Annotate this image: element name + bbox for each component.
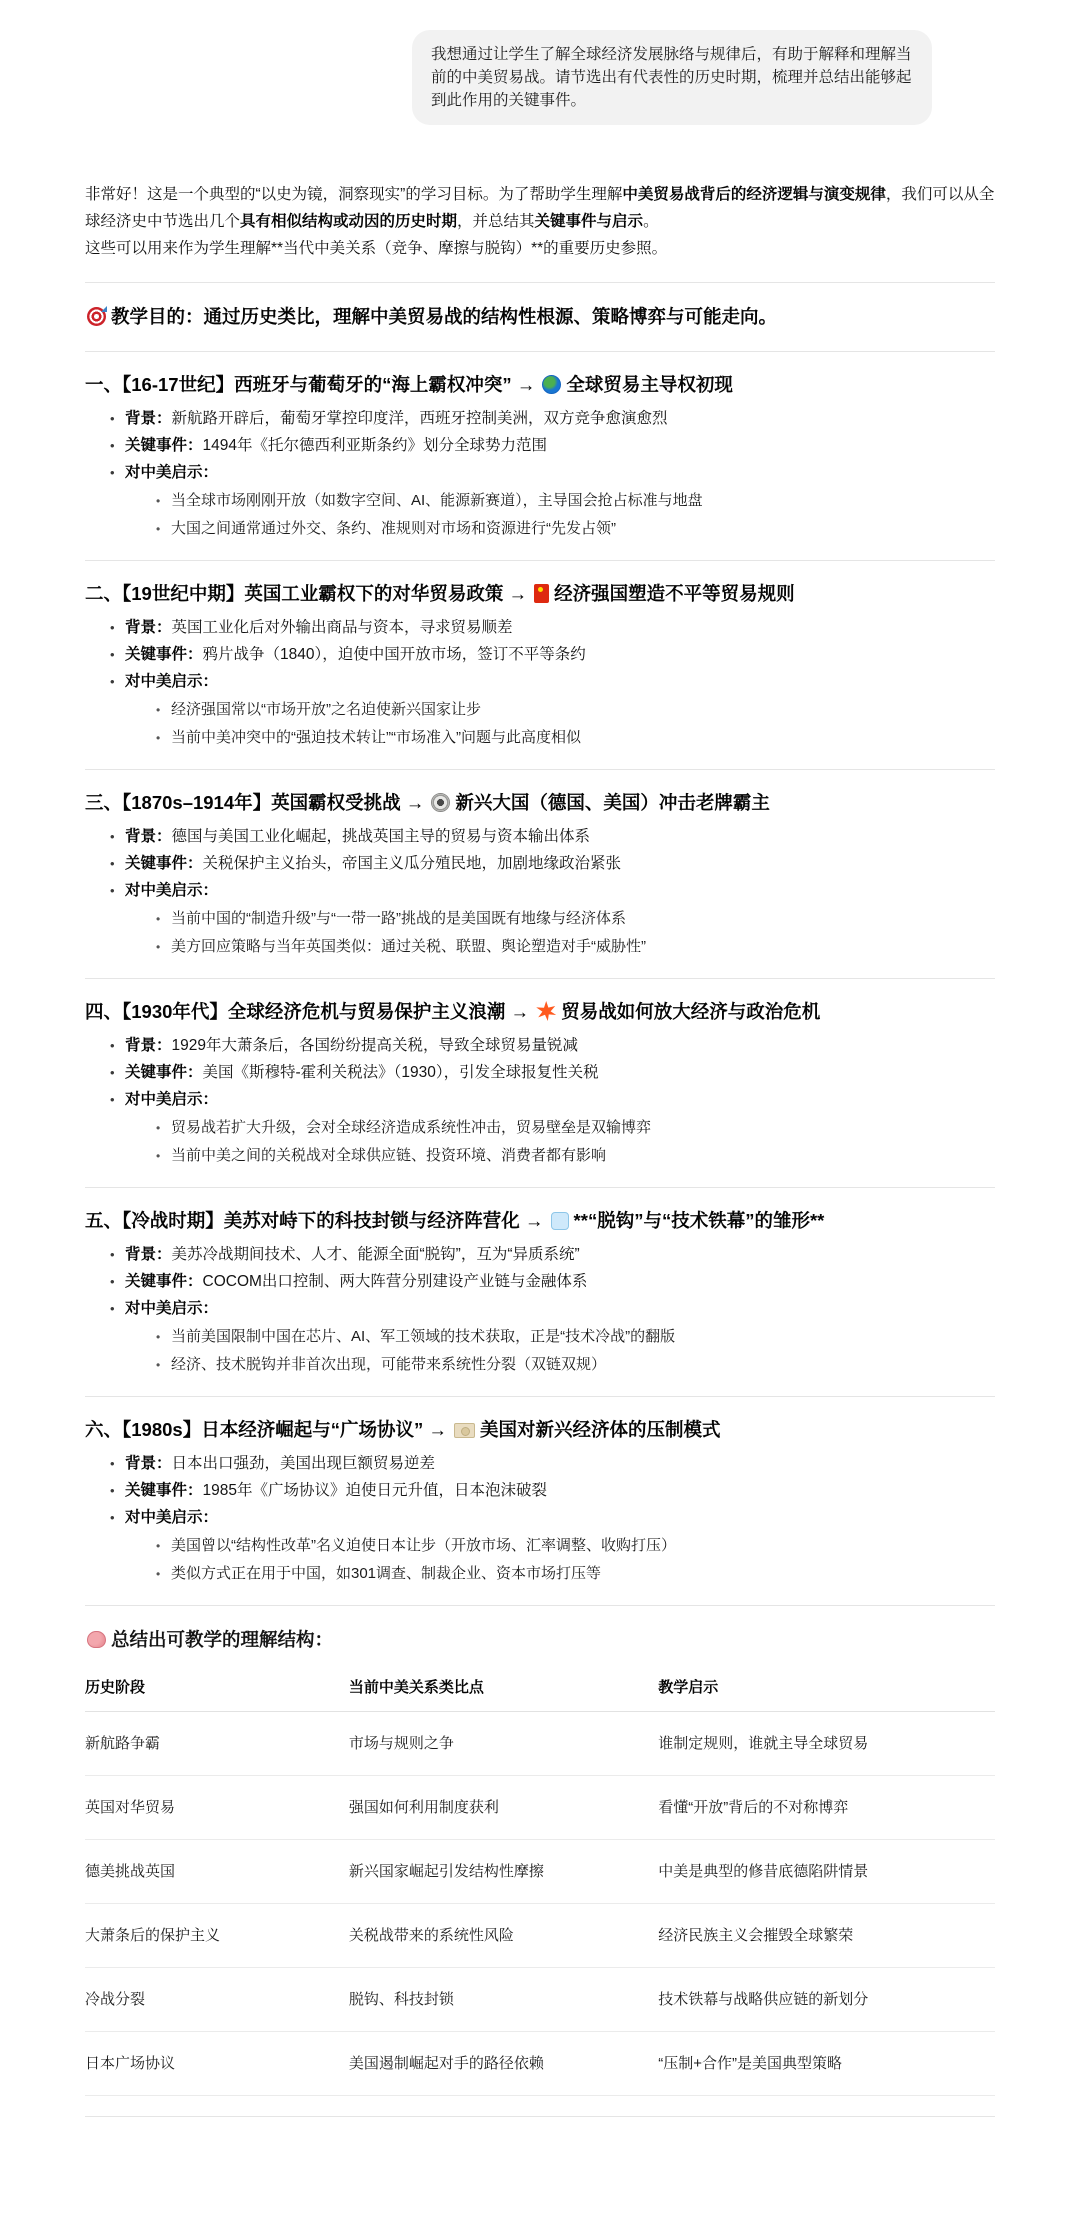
cell-analogy: 强国如何利用制度获利 bbox=[349, 1776, 658, 1840]
bullet-background: 背景：德国与美国工业化崛起，挑战英国主导的贸易与资本输出体系 bbox=[109, 826, 995, 848]
user-message-text: 我想通过让学生了解全球经济发展脉络与规律后，有助于解释和理解当前的中美贸易战。请… bbox=[431, 46, 912, 109]
explosion-icon bbox=[536, 1001, 556, 1021]
target-icon bbox=[87, 307, 106, 326]
cell-lesson: 谁制定规则，谁就主导全球贸易 bbox=[658, 1712, 995, 1776]
bullet-key-event: 关键事件：COCOM出口控制、两大阵营分别建设产业链与金融体系 bbox=[109, 1271, 995, 1293]
section-heading: 四、【1930年代】全球经济危机与贸易保护主义浪潮 → 贸易战如何放大经济与政治… bbox=[85, 999, 995, 1025]
cell-analogy: 市场与规则之争 bbox=[349, 1712, 658, 1776]
assistant-response: 非常好！这是一个典型的“以史为镜，洞察现实”的学习目标。为了帮助学生理解中美贸易… bbox=[85, 181, 995, 2117]
conversation-page: 我想通过让学生了解全球经济发展脉络与规律后，有助于解释和理解当前的中美贸易战。请… bbox=[0, 0, 1080, 2117]
intro-paragraph: 非常好！这是一个典型的“以史为镜，洞察现实”的学习目标。为了帮助学生理解中美贸易… bbox=[85, 181, 995, 262]
section-bullets: 背景：英国工业化后对外输出商品与资本，寻求贸易顺差 关键事件：鸦片战争（1840… bbox=[85, 617, 995, 749]
implication-sublist: 经济强国常以“市场开放”之名迫使新兴国家让步 当前中美冲突中的“强迫技术转让”“… bbox=[125, 699, 995, 749]
cell-history-stage: 大萧条后的保护主义 bbox=[85, 1904, 349, 1968]
intro-bold: 具有相似结构或动因的历史时期 bbox=[240, 213, 457, 230]
section-bullets: 背景：德国与美国工业化崛起，挑战英国主导的贸易与资本输出体系 关键事件：关税保护… bbox=[85, 826, 995, 958]
section-heading: 一、【16-17世纪】西班牙与葡萄牙的“海上霸权冲突” → 全球贸易主导权初现 bbox=[85, 372, 995, 398]
section-title-text: 经济强国塑造不平等贸易规则 bbox=[554, 583, 795, 604]
sub-bullet: 大国之间通常通过外交、条约、准规则对市场和资源进行“先发占领” bbox=[155, 518, 995, 540]
cell-history-stage: 英国对华贸易 bbox=[85, 1776, 349, 1840]
intro-bold: 关键事件与启示 bbox=[535, 213, 644, 230]
bullet-implications: 对中美启示： 经济强国常以“市场开放”之名迫使新兴国家让步 当前中美冲突中的“强… bbox=[109, 671, 995, 749]
teaching-goal: 教学目的：通过历史类比，理解中美贸易战的结构性根源、策略博弈与可能走向。 bbox=[85, 303, 995, 331]
divider bbox=[85, 2116, 995, 2117]
column-header: 教学启示 bbox=[658, 1664, 995, 1712]
bullet-key-event: 关键事件：1985年《广场协议》迫使日元升值，日本泡沫破裂 bbox=[109, 1480, 995, 1502]
history-section-6: 六、【1980s】日本经济崛起与“广场协议” → 美国对新兴经济体的压制模式 背… bbox=[85, 1417, 995, 1585]
cell-lesson: 中美是典型的修昔底德陷阱情景 bbox=[658, 1840, 995, 1904]
teaching-goal-text: 教学目的：通过历史类比，理解中美贸易战的结构性根源、策略博弈与可能走向。 bbox=[111, 306, 777, 327]
summary-heading-text: 总结出可教学的理解结构： bbox=[111, 1629, 333, 1650]
section-title-text: 新兴大国（德国、美国）冲击老牌霸主 bbox=[455, 792, 770, 813]
cell-analogy: 脱钩、科技封锁 bbox=[349, 1968, 658, 2032]
cell-analogy: 美国遏制崛起对手的路径依赖 bbox=[349, 2032, 658, 2096]
intro-text: 非常好！这是一个典型的“以史为镜，洞察现实”的学习目标。为了帮助学生理解 bbox=[85, 186, 622, 203]
sub-bullet: 当全球市场刚刚开放（如数字空间、AI、能源新赛道），主导国会抢占标准与地盘 bbox=[155, 490, 995, 512]
table-row: 德美挑战英国 新兴国家崛起引发结构性摩擦 中美是典型的修昔底德陷阱情景 bbox=[85, 1840, 995, 1904]
implication-sublist: 当前美国限制中国在芯片、AI、军工领域的技术获取，正是“技术冷战”的翻版 经济、… bbox=[125, 1326, 995, 1376]
cell-analogy: 关税战带来的系统性风险 bbox=[349, 1904, 658, 1968]
section-title-text: 美国对新兴经济体的压制模式 bbox=[480, 1419, 721, 1440]
table-row: 日本广场协议 美国遏制崛起对手的路径依赖 “压制+合作”是美国典型策略 bbox=[85, 2032, 995, 2096]
table-row: 新航路争霸 市场与规则之争 谁制定规则，谁就主导全球贸易 bbox=[85, 1712, 995, 1776]
table-row: 英国对华贸易 强国如何利用制度获利 看懂“开放”背后的不对称博弈 bbox=[85, 1776, 995, 1840]
sub-bullet: 当前中美冲突中的“强迫技术转让”“市场准入”问题与此高度相似 bbox=[155, 727, 995, 749]
bullet-key-event: 关键事件：1494年《托尔德西利亚斯条约》划分全球势力范围 bbox=[109, 435, 995, 457]
table-header-row: 历史阶段 当前中美关系类比点 教学启示 bbox=[85, 1664, 995, 1712]
gear-icon bbox=[431, 793, 450, 812]
yen-banknote-icon bbox=[454, 1423, 475, 1438]
history-section-3: 三、【1870s–1914年】英国霸权受挑战 → 新兴大国（德国、美国）冲击老牌… bbox=[85, 790, 995, 958]
bullet-key-event: 关键事件：关税保护主义抬头，帝国主义瓜分殖民地，加剧地缘政治紧张 bbox=[109, 853, 995, 875]
section-heading: 三、【1870s–1914年】英国霸权受挑战 → 新兴大国（德国、美国）冲击老牌… bbox=[85, 790, 995, 816]
bullet-background: 背景：英国工业化后对外输出商品与资本，寻求贸易顺差 bbox=[109, 617, 995, 639]
section-title-text: 六、【1980s】日本经济崛起与“广场协议” → bbox=[85, 1419, 452, 1440]
section-title-text: 三、【1870s–1914年】英国霸权受挑战 → bbox=[85, 792, 429, 813]
divider bbox=[85, 769, 995, 770]
column-header: 当前中美关系类比点 bbox=[349, 1664, 658, 1712]
summary-heading: 总结出可教学的理解结构： bbox=[85, 1626, 995, 1654]
brain-icon bbox=[87, 1631, 106, 1648]
user-message-bubble: 我想通过让学生了解全球经济发展脉络与规律后，有助于解释和理解当前的中美贸易战。请… bbox=[412, 30, 932, 125]
table-row: 冷战分裂 脱钩、科技封锁 技术铁幕与战略供应链的新划分 bbox=[85, 1968, 995, 2032]
bullet-implications: 对中美启示： 当前中国的“制造升级”与“一带一路”挑战的是美国既有地缘与经济体系… bbox=[109, 880, 995, 958]
user-message-row: 我想通过让学生了解全球经济发展脉络与规律后，有助于解释和理解当前的中美贸易战。请… bbox=[0, 0, 1080, 125]
bullet-background: 背景：1929年大萧条后，各国纷纷提高关税，导致全球贸易量锐减 bbox=[109, 1035, 995, 1057]
history-section-2: 二、【19世纪中期】英国工业霸权下的对华贸易政策 → 经济强国塑造不平等贸易规则… bbox=[85, 581, 995, 749]
sub-bullet: 美方回应策略与当年英国类似：通过关税、联盟、舆论塑造对手“威胁性” bbox=[155, 936, 995, 958]
sub-bullet: 类似方式正在用于中国，如301调查、制裁企业、资本市场打压等 bbox=[155, 1563, 995, 1585]
bullet-background: 背景：日本出口强劲，美国出现巨额贸易逆差 bbox=[109, 1453, 995, 1475]
cell-lesson: 经济民族主义会摧毁全球繁荣 bbox=[658, 1904, 995, 1968]
cell-history-stage: 日本广场协议 bbox=[85, 2032, 349, 2096]
section-bullets: 背景：新航路开辟后，葡萄牙掌控印度洋，西班牙控制美洲，双方竞争愈演愈烈 关键事件… bbox=[85, 408, 995, 540]
bullet-implications: 对中美启示： 当全球市场刚刚开放（如数字空间、AI、能源新赛道），主导国会抢占标… bbox=[109, 462, 995, 540]
sub-bullet: 贸易战若扩大升级，会对全球经济造成系统性冲击，贸易壁垒是双输博弈 bbox=[155, 1117, 995, 1139]
divider bbox=[85, 560, 995, 561]
bullet-implications: 对中美启示： 当前美国限制中国在芯片、AI、军工领域的技术获取，正是“技术冷战”… bbox=[109, 1298, 995, 1376]
implication-sublist: 贸易战若扩大升级，会对全球经济造成系统性冲击，贸易壁垒是双输博弈 当前中美之间的… bbox=[125, 1117, 995, 1167]
summary-table: 历史阶段 当前中美关系类比点 教学启示 新航路争霸 市场与规则之争 谁制定规则，… bbox=[85, 1664, 995, 2096]
ice-cube-icon bbox=[551, 1212, 569, 1230]
divider bbox=[85, 351, 995, 352]
intro-paragraph-2: 这些可以用来作为学生理解**当代中美关系（竞争、摩擦与脱钩）**的重要历史参照。 bbox=[85, 240, 667, 257]
section-title-text: 一、【16-17世纪】西班牙与葡萄牙的“海上霸权冲突” → bbox=[85, 374, 540, 395]
section-title-text: 贸易战如何放大经济与政治危机 bbox=[561, 1001, 820, 1022]
intro-text: ，并总结其 bbox=[457, 213, 535, 230]
section-heading: 五、【冷战时期】美苏对峙下的科技封锁与经济阵营化 → **“脱钩”与“技术铁幕”… bbox=[85, 1208, 995, 1234]
sub-bullet: 经济强国常以“市场开放”之名迫使新兴国家让步 bbox=[155, 699, 995, 721]
history-section-5: 五、【冷战时期】美苏对峙下的科技封锁与经济阵营化 → **“脱钩”与“技术铁幕”… bbox=[85, 1208, 995, 1376]
section-bullets: 背景：美苏冷战期间技术、人才、能源全面“脱钩”，互为“异质系统” 关键事件：CO… bbox=[85, 1244, 995, 1376]
sub-bullet: 美国曾以“结构性改革”名义迫使日本让步（开放市场、汇率调整、收购打压） bbox=[155, 1535, 995, 1557]
cell-history-stage: 新航路争霸 bbox=[85, 1712, 349, 1776]
divider bbox=[85, 1187, 995, 1188]
cell-lesson: 看懂“开放”背后的不对称博弈 bbox=[658, 1776, 995, 1840]
section-title-text: 四、【1930年代】全球经济危机与贸易保护主义浪潮 → bbox=[85, 1001, 534, 1022]
cell-lesson: 技术铁幕与战略供应链的新划分 bbox=[658, 1968, 995, 2032]
cell-analogy: 新兴国家崛起引发结构性摩擦 bbox=[349, 1840, 658, 1904]
intro-text: 。 bbox=[643, 213, 659, 230]
section-title-text: **“脱钩”与“技术铁幕”的雏形** bbox=[574, 1210, 825, 1231]
history-section-4: 四、【1930年代】全球经济危机与贸易保护主义浪潮 → 贸易战如何放大经济与政治… bbox=[85, 999, 995, 1167]
column-header: 历史阶段 bbox=[85, 1664, 349, 1712]
bullet-key-event: 关键事件：美国《斯穆特-霍利关税法》（1930），引发全球报复性关税 bbox=[109, 1062, 995, 1084]
bullet-background: 背景：新航路开辟后，葡萄牙掌控印度洋，西班牙控制美洲，双方竞争愈演愈烈 bbox=[109, 408, 995, 430]
bullet-background: 背景：美苏冷战期间技术、人才、能源全面“脱钩”，互为“异质系统” bbox=[109, 1244, 995, 1266]
bullet-implications: 对中美启示： 美国曾以“结构性改革”名义迫使日本让步（开放市场、汇率调整、收购打… bbox=[109, 1507, 995, 1585]
history-section-1: 一、【16-17世纪】西班牙与葡萄牙的“海上霸权冲突” → 全球贸易主导权初现 … bbox=[85, 372, 995, 540]
bullet-key-event: 关键事件：鸦片战争（1840），迫使中国开放市场，签订不平等条约 bbox=[109, 644, 995, 666]
section-title-text: 五、【冷战时期】美苏对峙下的科技封锁与经济阵营化 → bbox=[85, 1210, 549, 1231]
divider bbox=[85, 978, 995, 979]
section-bullets: 背景：1929年大萧条后，各国纷纷提高关税，导致全球贸易量锐减 关键事件：美国《… bbox=[85, 1035, 995, 1167]
section-heading: 二、【19世纪中期】英国工业霸权下的对华贸易政策 → 经济强国塑造不平等贸易规则 bbox=[85, 581, 995, 607]
section-bullets: 背景：日本出口强劲，美国出现巨额贸易逆差 关键事件：1985年《广场协议》迫使日… bbox=[85, 1453, 995, 1585]
table-row: 大萧条后的保护主义 关税战带来的系统性风险 经济民族主义会摧毁全球繁荣 bbox=[85, 1904, 995, 1968]
section-heading: 六、【1980s】日本经济崛起与“广场协议” → 美国对新兴经济体的压制模式 bbox=[85, 1417, 995, 1443]
divider bbox=[85, 1396, 995, 1397]
implication-sublist: 当前中国的“制造升级”与“一带一路”挑战的是美国既有地缘与经济体系 美方回应策略… bbox=[125, 908, 995, 958]
implication-sublist: 美国曾以“结构性改革”名义迫使日本让步（开放市场、汇率调整、收购打压） 类似方式… bbox=[125, 1535, 995, 1585]
sub-bullet: 当前美国限制中国在芯片、AI、军工领域的技术获取，正是“技术冷战”的翻版 bbox=[155, 1326, 995, 1348]
cell-history-stage: 德美挑战英国 bbox=[85, 1840, 349, 1904]
divider bbox=[85, 1605, 995, 1606]
section-title-text: 全球贸易主导权初现 bbox=[566, 374, 733, 395]
cell-lesson: “压制+合作”是美国典型策略 bbox=[658, 2032, 995, 2096]
intro-bold: 中美贸易战背后的经济逻辑与演变规律 bbox=[622, 186, 886, 203]
section-title-text: 二、【19世纪中期】英国工业霸权下的对华贸易政策 → bbox=[85, 583, 532, 604]
divider bbox=[85, 282, 995, 283]
sub-bullet: 经济、技术脱钩并非首次出现，可能带来系统性分裂（双链双规） bbox=[155, 1354, 995, 1376]
china-flag-icon bbox=[534, 584, 549, 603]
globe-icon bbox=[542, 375, 561, 394]
implication-sublist: 当全球市场刚刚开放（如数字空间、AI、能源新赛道），主导国会抢占标准与地盘 大国… bbox=[125, 490, 995, 540]
cell-history-stage: 冷战分裂 bbox=[85, 1968, 349, 2032]
sub-bullet: 当前中美之间的关税战对全球供应链、投资环境、消费者都有影响 bbox=[155, 1145, 995, 1167]
sub-bullet: 当前中国的“制造升级”与“一带一路”挑战的是美国既有地缘与经济体系 bbox=[155, 908, 995, 930]
bullet-implications: 对中美启示： 贸易战若扩大升级，会对全球经济造成系统性冲击，贸易壁垒是双输博弈 … bbox=[109, 1089, 995, 1167]
